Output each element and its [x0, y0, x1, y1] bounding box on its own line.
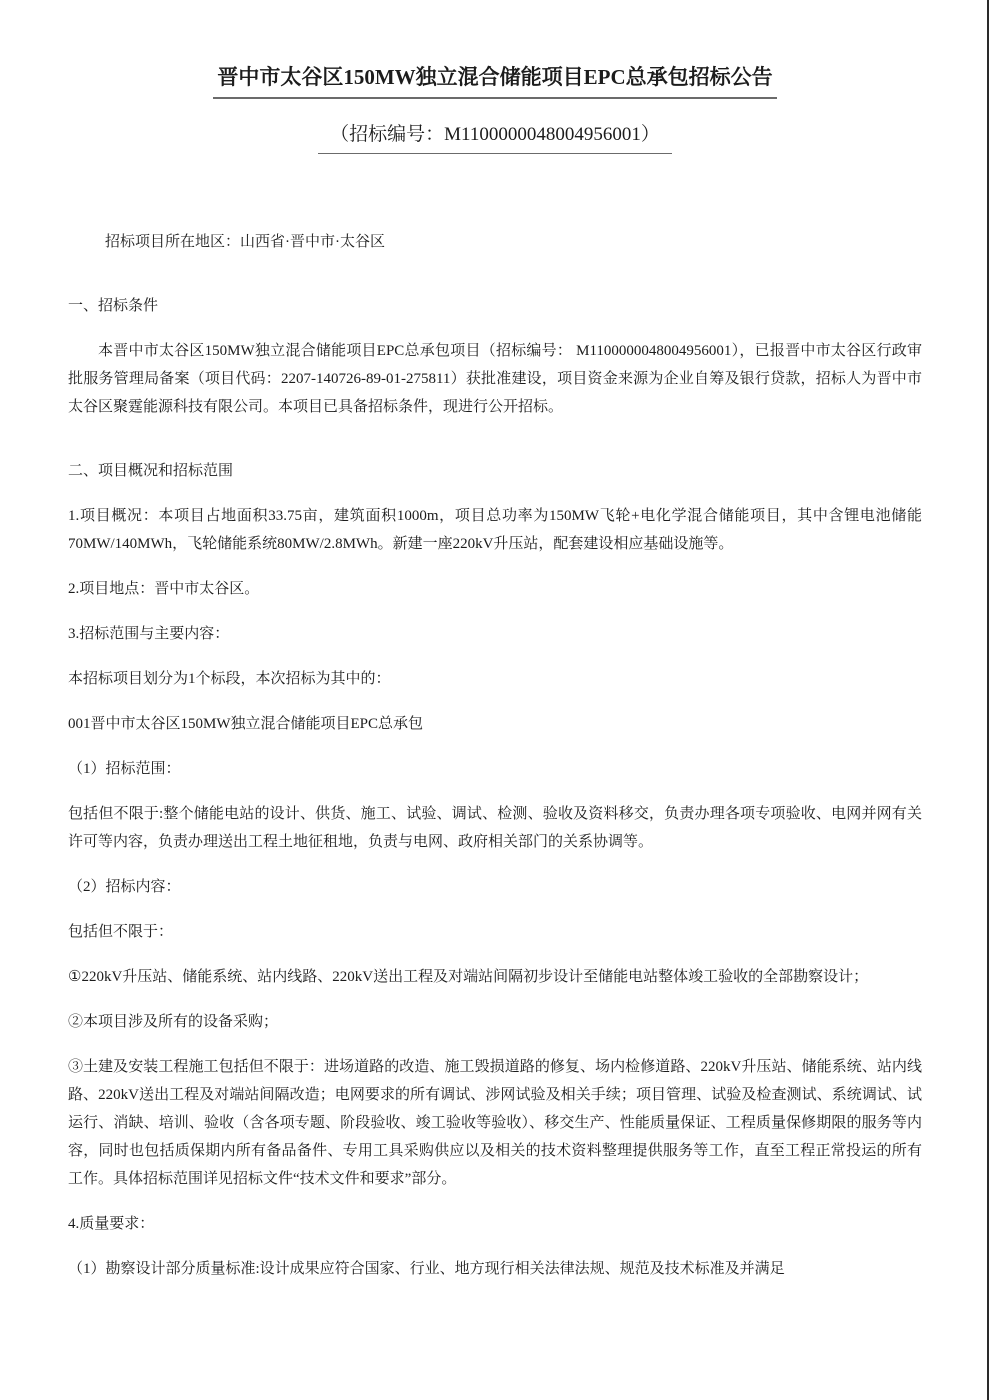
tender-scope-heading: 3.招标范围与主要内容： — [68, 620, 922, 648]
page-right-edge-line — [987, 0, 989, 1400]
lot-001-line: 001晋中市太谷区150MW独立混合储能项目EPC总承包 — [68, 710, 922, 738]
content-subheading: （2）招标内容： — [68, 873, 922, 901]
scope-description-paragraph: 包括但不限于:整个储能电站的设计、供货、施工、试验、调试、检测、验收及资料移交，… — [68, 800, 922, 856]
content-item-2: ②本项目涉及所有的设备采购； — [68, 1008, 922, 1036]
section-heading-2: 二、项目概况和招标范围 — [68, 457, 922, 485]
section-heading-1: 一、招标条件 — [68, 292, 922, 320]
project-overview-paragraph: 1.项目概况：本项目占地面积33.75亩，建筑面积1000m，项目总功率为150… — [68, 502, 922, 558]
document-content: 晋中市太谷区150MW独立混合储能项目EPC总承包招标公告 （招标编号：M110… — [0, 0, 992, 1283]
document-title-text: 晋中市太谷区150MW独立混合储能项目EPC总承包招标公告 — [213, 64, 776, 99]
project-site-paragraph: 2.项目地点：晋中市太谷区。 — [68, 575, 922, 603]
scope-subheading: （1）招标范围： — [68, 755, 922, 783]
lot-division-line: 本招标项目划分为1个标段，本次招标为其中的： — [68, 665, 922, 693]
content-item-3: ③土建及安装工程施工包括但不限于：进场道路的改造、施工毁损道路的修复、场内检修道… — [68, 1053, 922, 1193]
document-title: 晋中市太谷区150MW独立混合储能项目EPC总承包招标公告 — [68, 64, 922, 99]
tender-conditions-paragraph: 本晋中市太谷区150MW独立混合储能项目EPC总承包项目（招标编号： M1100… — [68, 337, 922, 421]
project-location-line: 招标项目所在地区：山西省·晋中市·太谷区 — [68, 228, 922, 256]
document-page: 晋中市太谷区150MW独立混合储能项目EPC总承包招标公告 （招标编号：M110… — [0, 0, 992, 1400]
tender-number-text: （招标编号：M1100000048004956001） — [318, 123, 672, 154]
tender-number-subtitle: （招标编号：M1100000048004956001） — [68, 123, 922, 154]
quality-requirements-heading: 4.质量要求： — [68, 1210, 922, 1238]
content-intro-line: 包括但不限于： — [68, 918, 922, 946]
content-item-1: ①220kV升压站、储能系统、站内线路、220kV送出工程及对端站间隔初步设计至… — [68, 963, 922, 991]
quality-standard-paragraph: （1）勘察设计部分质量标准:设计成果应符合国家、行业、地方现行相关法律法规、规范… — [68, 1255, 922, 1283]
